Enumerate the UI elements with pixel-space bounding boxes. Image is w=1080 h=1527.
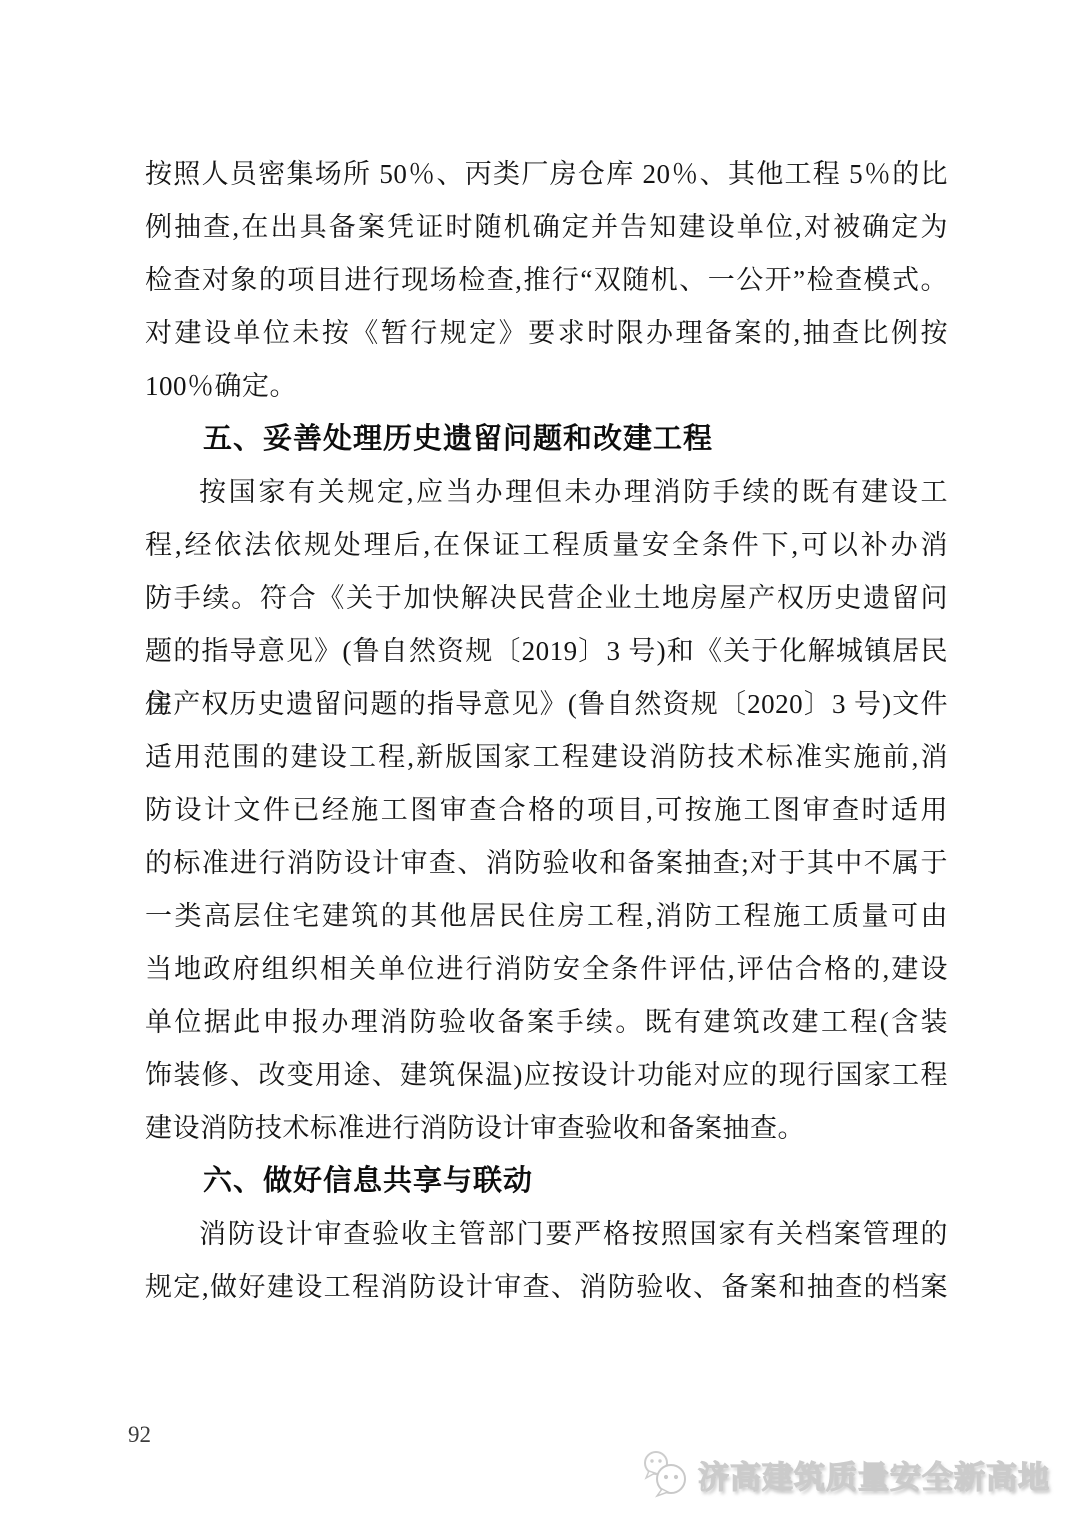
text-line: 防手续。符合《关于加快解决民营企业土地房屋产权历史遗留问 <box>145 572 948 625</box>
text-line: 例抽查,在出具备案凭证时随机确定并告知建设单位,对被确定为 <box>145 201 948 254</box>
text-line: 规定,做好建设工程消防设计审查、消防验收、备案和抽查的档案 <box>145 1261 948 1314</box>
watermark-text: 济高建筑质量安全新高地 <box>698 1452 1050 1497</box>
text-line: 适用范围的建设工程,新版国家工程建设消防技术标准实施前,消 <box>145 731 948 784</box>
text-line: 防设计文件已经施工图审查合格的项目,可按施工图审查时适用 <box>145 784 948 837</box>
text-line: 消防设计审查验收主管部门要严格按照国家有关档案管理的 <box>145 1208 948 1261</box>
watermark: 济高建筑质量安全新高地 <box>641 1450 1050 1498</box>
page-number: 92 <box>128 1422 151 1448</box>
text-line: 题的指导意见》(鲁自然资规〔2019〕3 号)和《关于化解城镇居民住 <box>145 625 948 678</box>
text-line: 当地政府组织相关单位进行消防安全条件评估,评估合格的,建设 <box>145 943 948 996</box>
text-line: 房产权历史遗留问题的指导意见》(鲁自然资规〔2020〕3 号)文件 <box>145 678 948 731</box>
text-line: 一类高层住宅建筑的其他居民住房工程,消防工程施工质量可由 <box>145 890 948 943</box>
wechat-icon <box>641 1450 691 1498</box>
text-line: 对建设单位未按《暂行规定》要求时限办理备案的,抽查比例按 <box>145 307 948 360</box>
document-page: 按照人员密集场所 50％、丙类厂房仓库 20％、其他工程 5％的比例抽查,在出具… <box>0 0 1080 1527</box>
text-line: 饰装修、改变用途、建筑保温)应按设计功能对应的现行国家工程 <box>145 1049 948 1102</box>
text-line: 程,经依法依规处理后,在保证工程质量安全条件下,可以补办消 <box>145 519 948 572</box>
document-body: 按照人员密集场所 50％、丙类厂房仓库 20％、其他工程 5％的比例抽查,在出具… <box>145 148 948 1314</box>
text-line: 按照人员密集场所 50％、丙类厂房仓库 20％、其他工程 5％的比 <box>145 148 948 201</box>
text-line: 的标准进行消防设计审查、消防验收和备案抽查;对于其中不属于 <box>145 837 948 890</box>
text-line: 建设消防技术标准进行消防设计审查验收和备案抽查。 <box>145 1102 948 1155</box>
section-heading: 六、做好信息共享与联动 <box>145 1155 948 1208</box>
text-line: 检查对象的项目进行现场检查,推行“双随机、一公开”检查模式。 <box>145 254 948 307</box>
section-heading: 五、妥善处理历史遗留问题和改建工程 <box>145 413 948 466</box>
text-line: 按国家有关规定,应当办理但未办理消防手续的既有建设工 <box>145 466 948 519</box>
text-line: 100％确定。 <box>145 360 948 413</box>
text-line: 单位据此申报办理消防验收备案手续。既有建筑改建工程(含装 <box>145 996 948 1049</box>
